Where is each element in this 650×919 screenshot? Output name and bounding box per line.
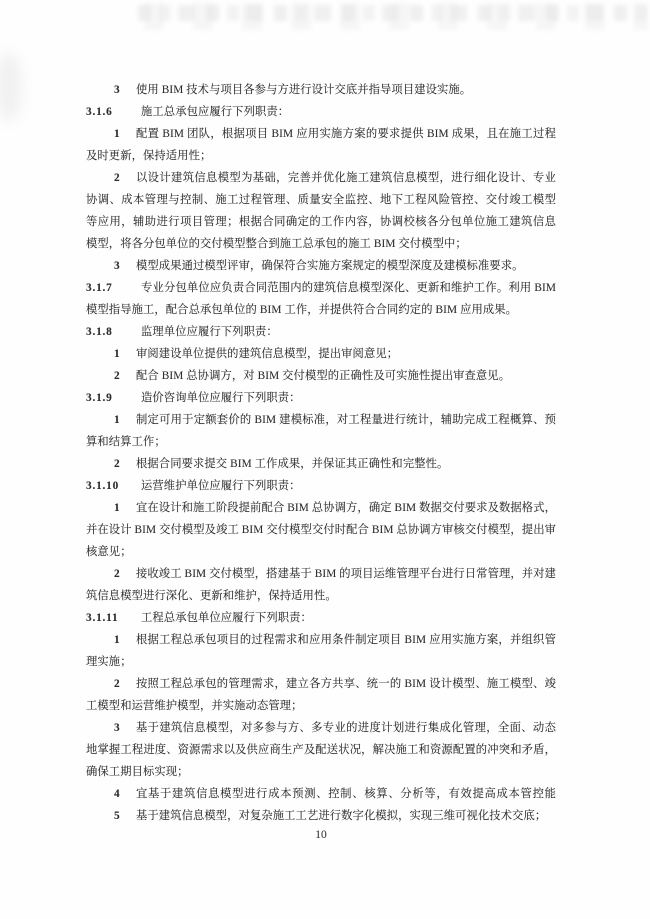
text-line: 3.1.7专业分包单位应负责合同范围内的建筑信息模型深化、更新和维护工作。利用 … xyxy=(86,277,556,299)
line-text: 制定可用于定额套价的 BIM 建模标准，对工程量进行统计，辅助完成工程概算、预 xyxy=(136,409,556,431)
line-text: 模型成果通过模型评审，确保符合实施方案规定的模型深度及建模标准要求。 xyxy=(136,255,556,277)
text-line: 1配置 BIM 团队，根据项目 BIM 应用实施方案的要求提供 BIM 成果，且… xyxy=(86,123,556,145)
text-line: 等应用，辅助进行项目管理；根据合同确定的工作内容，协调校核各分包单位施工建筑信息 xyxy=(86,211,556,233)
text-line: 地掌握工程进度、资源需求以及供应商生产及配送状况，解决施工和资源配置的冲突和矛盾… xyxy=(86,739,556,761)
item-number: 3 xyxy=(114,255,120,277)
line-text: 等应用，辅助进行项目管理；根据合同确定的工作内容，协调校核各分包单位施工建筑信息 xyxy=(86,211,556,233)
text-line: 理实施； xyxy=(86,651,556,673)
line-text: 模型，将各分包单位的交付模型整合到施工总承包的施工 BIM 交付模型中； xyxy=(86,233,556,255)
line-text: 基于建筑信息模型，对多参与方、多专业的进度计划进行集成化管理，全面、动态 xyxy=(136,717,556,739)
item-number: 2 xyxy=(114,673,120,695)
line-text: 筑信息模型进行深化、更新和维护，保持适用性。 xyxy=(86,585,556,607)
scanned-document-page: 3使用 BIM 技术与项目各参与方进行设计交底并指导项目建设实施。3.1.6施工… xyxy=(0,0,650,919)
text-line: 协调、成本管理与控制、施工过程管理、质量安全监控、地下工程风险管控、交付竣工模型 xyxy=(86,189,556,211)
text-line: 1宜在设计和施工阶段提前配合 BIM 总协调方，确定 BIM 数据交付要求及数据… xyxy=(86,497,556,519)
item-number: 1 xyxy=(114,409,120,431)
line-text: 运营维护单位应履行下列职责： xyxy=(141,475,556,497)
line-text: 配合 BIM 总协调方，对 BIM 交付模型的正确性及可实施性提出审查意见。 xyxy=(136,365,556,387)
item-number: 2 xyxy=(114,563,120,585)
scan-bleed-artifact xyxy=(138,3,648,30)
text-line: 工模型和运营维护模型，并实施动态管理； xyxy=(86,695,556,717)
item-number: 1 xyxy=(114,123,120,145)
text-line: 3.1.10运营维护单位应履行下列职责： xyxy=(86,475,556,497)
text-line: 3.1.9造价咨询单位应履行下列职责： xyxy=(86,387,556,409)
line-text: 审阅建设单位提供的建筑信息模型，提出审阅意见； xyxy=(136,343,556,365)
item-number: 2 xyxy=(114,365,120,387)
line-text: 使用 BIM 技术与项目各参与方进行设计交底并指导项目建设实施。 xyxy=(136,79,556,101)
line-text: 工程总承包单位应履行下列职责： xyxy=(141,607,556,629)
page-number: 10 xyxy=(86,824,556,846)
text-line: 模型，将各分包单位的交付模型整合到施工总承包的施工 BIM 交付模型中； xyxy=(86,233,556,255)
line-text: 接收竣工 BIM 交付模型，搭建基于 BIM 的项目运维管理平台进行日常管理，并… xyxy=(136,563,556,585)
line-text: 造价咨询单位应履行下列职责： xyxy=(141,387,556,409)
item-number: 2 xyxy=(114,453,120,475)
text-line: 3模型成果通过模型评审，确保符合实施方案规定的模型深度及建模标准要求。 xyxy=(86,255,556,277)
text-line: 1制定可用于定额套价的 BIM 建模标准，对工程量进行统计，辅助完成工程概算、预 xyxy=(86,409,556,431)
clause-number: 3.1.7 xyxy=(86,277,113,299)
text-line: 4宜基于建筑信息模型进行成本预测、控制、核算、分析等，有效提高成本管控能力； xyxy=(86,783,556,805)
text-line: 并在设计 BIM 交付模型及竣工 BIM 交付模型交付时配合 BIM 总协调方审… xyxy=(86,519,556,541)
line-text: 理实施； xyxy=(86,651,556,673)
item-number: 3 xyxy=(114,79,120,101)
line-text: 工模型和运营维护模型，并实施动态管理； xyxy=(86,695,556,717)
clause-number: 3.1.9 xyxy=(86,387,113,409)
line-text: 并在设计 BIM 交付模型及竣工 BIM 交付模型交付时配合 BIM 总协调方审… xyxy=(86,519,556,541)
text-line: 1审阅建设单位提供的建筑信息模型，提出审阅意见； xyxy=(86,343,556,365)
item-number: 4 xyxy=(114,783,120,805)
text-line: 筑信息模型进行深化、更新和维护，保持适用性。 xyxy=(86,585,556,607)
text-line: 核意见； xyxy=(86,541,556,563)
scan-smudge-artifact xyxy=(0,52,22,122)
text-line: 3.1.6施工总承包应履行下列职责： xyxy=(86,101,556,123)
line-text: 宜基于建筑信息模型进行成本预测、控制、核算、分析等，有效提高成本管控能力； xyxy=(136,783,556,805)
item-number: 1 xyxy=(114,343,120,365)
line-text: 专业分包单位应负责合同范围内的建筑信息模型深化、更新和维护工作。利用 BIM xyxy=(141,277,556,299)
line-text: 核意见； xyxy=(86,541,556,563)
line-text: 及时更新，保持适用性； xyxy=(86,145,556,167)
text-line: 确保工期目标实现； xyxy=(86,761,556,783)
line-text: 地掌握工程进度、资源需求以及供应商生产及配送状况，解决施工和资源配置的冲突和矛盾… xyxy=(86,739,556,761)
line-text: 根据合同要求提交 BIM 工作成果，并保证其正确性和完整性。 xyxy=(136,453,556,475)
clause-number: 3.1.10 xyxy=(86,475,119,497)
item-number: 1 xyxy=(114,629,120,651)
clause-number: 3.1.8 xyxy=(86,321,113,343)
line-text: 确保工期目标实现； xyxy=(86,761,556,783)
line-text: 施工总承包应履行下列职责： xyxy=(141,101,556,123)
text-line: 2以设计建筑信息模型为基础，完善并优化施工建筑信息模型，进行细化设计、专业 xyxy=(86,167,556,189)
text-line: 2配合 BIM 总协调方，对 BIM 交付模型的正确性及可实施性提出审查意见。 xyxy=(86,365,556,387)
line-text: 宜在设计和施工阶段提前配合 BIM 总协调方，确定 BIM 数据交付要求及数据格… xyxy=(136,497,556,519)
text-line: 2接收竣工 BIM 交付模型，搭建基于 BIM 的项目运维管理平台进行日常管理，… xyxy=(86,563,556,585)
text-line: 算和结算工作； xyxy=(86,431,556,453)
text-line: 3.1.8监理单位应履行下列职责： xyxy=(86,321,556,343)
line-text: 配置 BIM 团队，根据项目 BIM 应用实施方案的要求提供 BIM 成果，且在… xyxy=(136,123,556,145)
line-text: 按照工程总承包的管理需求，建立各方共享、统一的 BIM 设计模型、施工模型、竣 xyxy=(136,673,556,695)
text-line: 2按照工程总承包的管理需求，建立各方共享、统一的 BIM 设计模型、施工模型、竣 xyxy=(86,673,556,695)
line-text: 以设计建筑信息模型为基础，完善并优化施工建筑信息模型，进行细化设计、专业 xyxy=(136,167,556,189)
text-line: 2根据合同要求提交 BIM 工作成果，并保证其正确性和完整性。 xyxy=(86,453,556,475)
text-line: 3使用 BIM 技术与项目各参与方进行设计交底并指导项目建设实施。 xyxy=(86,79,556,101)
line-text: 协调、成本管理与控制、施工过程管理、质量安全监控、地下工程风险管控、交付竣工模型 xyxy=(86,189,556,211)
text-line: 1根据工程总承包项目的过程需求和应用条件制定项目 BIM 应用实施方案，并组织管 xyxy=(86,629,556,651)
item-number: 1 xyxy=(114,497,120,519)
line-text: 监理单位应履行下列职责： xyxy=(141,321,556,343)
document-body: 3使用 BIM 技术与项目各参与方进行设计交底并指导项目建设实施。3.1.6施工… xyxy=(86,79,556,827)
text-line: 3.1.11工程总承包单位应履行下列职责： xyxy=(86,607,556,629)
line-text: 模型指导施工，配合总承包单位的 BIM 工作，并提供符合合同约定的 BIM 应用… xyxy=(86,299,556,321)
text-line: 模型指导施工，配合总承包单位的 BIM 工作，并提供符合合同约定的 BIM 应用… xyxy=(86,299,556,321)
line-text: 算和结算工作； xyxy=(86,431,556,453)
line-text: 根据工程总承包项目的过程需求和应用条件制定项目 BIM 应用实施方案，并组织管 xyxy=(136,629,556,651)
text-line: 及时更新，保持适用性； xyxy=(86,145,556,167)
text-line: 3基于建筑信息模型，对多参与方、多专业的进度计划进行集成化管理，全面、动态 xyxy=(86,717,556,739)
item-number: 3 xyxy=(114,717,120,739)
item-number: 2 xyxy=(114,167,120,189)
clause-number: 3.1.11 xyxy=(86,607,118,629)
clause-number: 3.1.6 xyxy=(86,101,113,123)
